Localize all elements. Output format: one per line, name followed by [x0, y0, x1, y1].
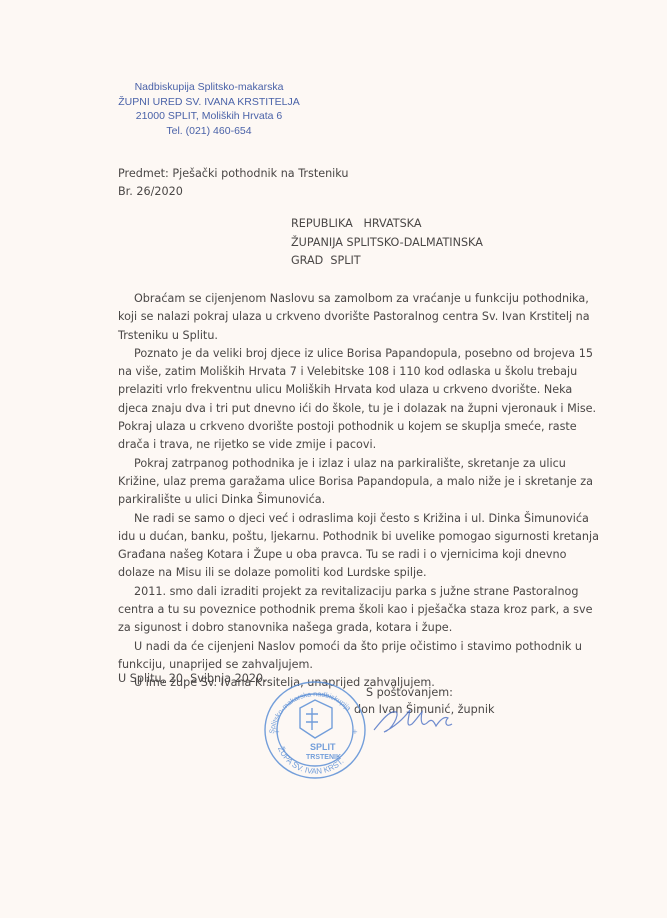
body-line: koji se nalazi pokraj ulaza u crkveno dv…: [118, 308, 618, 326]
body-line: Obraćam se cijenjenom Naslovu sa zamolbo…: [118, 290, 618, 308]
handwritten-signature-icon: [370, 700, 460, 740]
recipient-block: REPUBLIKA HRVATSKA ŽUPANIJA SPLITSKO-DAL…: [291, 215, 483, 271]
letter-body: Obraćam se cijenjenom Naslovu sa zamolbo…: [118, 290, 618, 693]
stamp-top-text: Splitsko-makarska nadbiskupija: [269, 691, 352, 734]
body-line: Pokraj zatrpanog pothodnika je i izlaz i…: [118, 455, 618, 473]
svg-text:+: +: [352, 728, 358, 736]
letterhead-address: 21000 SPLIT, Moliških Hrvata 6: [104, 109, 314, 124]
body-line: djeca znaju dva i tri put dnevno ići do …: [118, 400, 618, 418]
svg-text:+: +: [274, 728, 280, 736]
recipient-line: ŽUPANIJA SPLITSKO-DALMATINSKA: [291, 234, 483, 253]
body-line: za sigunost i dobro stanovnika našega gr…: [118, 619, 618, 637]
body-line: 2011. smo dali izraditi projekt za revit…: [118, 583, 618, 601]
body-line: centra a tu su poveznice pothodnik prema…: [118, 601, 618, 619]
stamp-city: SPLIT: [310, 742, 336, 752]
parish-stamp-icon: Splitsko-makarska nadbiskupija SPLIT TRS…: [260, 678, 370, 783]
body-line: drača i trava, ne rijetko se vide zmije …: [118, 436, 618, 454]
reference-number: Br. 26/2020: [118, 183, 349, 201]
letterhead-parish-office: ŽUPNI URED SV. IVANA KRSTITELJA: [104, 95, 314, 110]
closing-regards: S poštovanjem:: [366, 686, 453, 699]
letterhead-phone: Tel. (021) 460-654: [104, 124, 314, 139]
svg-text:Splitsko-makarska nadbiskupija: Splitsko-makarska nadbiskupija: [269, 691, 352, 734]
body-line: Ne radi se samo o djeci već i odraslima …: [118, 510, 618, 528]
body-line: Križine, ulaz prema garažama ulice Boris…: [118, 473, 618, 491]
body-line: U nadi da će cijenjeni Naslov pomoći da …: [118, 638, 618, 656]
body-line: prelaziti vrlo frekventnu ulicu Moliških…: [118, 381, 618, 399]
letterhead-archdiocese: Nadbiskupija Splitsko-makarska: [104, 80, 314, 95]
recipient-line: REPUBLIKA HRVATSKA: [291, 215, 483, 234]
body-line: dolaze na Misu ili se dolaze pomoliti ko…: [118, 564, 618, 582]
recipient-line: GRAD SPLIT: [291, 252, 483, 271]
body-line: Poznato je da veliki broj djece iz ulice…: [118, 345, 618, 363]
body-line: Pokraj ulaza u crkveno dvorište postoji …: [118, 418, 618, 436]
place-and-date: U Splitu, 20. Svibnja 2020.: [118, 672, 267, 685]
body-line: Građana našeg Kotara i Župe u oba pravca…: [118, 546, 618, 564]
subject-block: Predmet: Pješački pothodnik na Trsteniku…: [118, 165, 349, 201]
letterhead: Nadbiskupija Splitsko-makarska ŽUPNI URE…: [104, 80, 314, 138]
body-line: idu u dućan, banku, poštu, ljekarnu. Pot…: [118, 528, 618, 546]
body-line: na više, zatim Moliških Hrvata 7 i Veleb…: [118, 363, 618, 381]
body-line: parkiralište u ulici Dinka Šimunovića.: [118, 491, 618, 509]
body-line: Trsteniku u Splitu.: [118, 327, 618, 345]
subject-line: Predmet: Pješački pothodnik na Trsteniku: [118, 165, 349, 183]
